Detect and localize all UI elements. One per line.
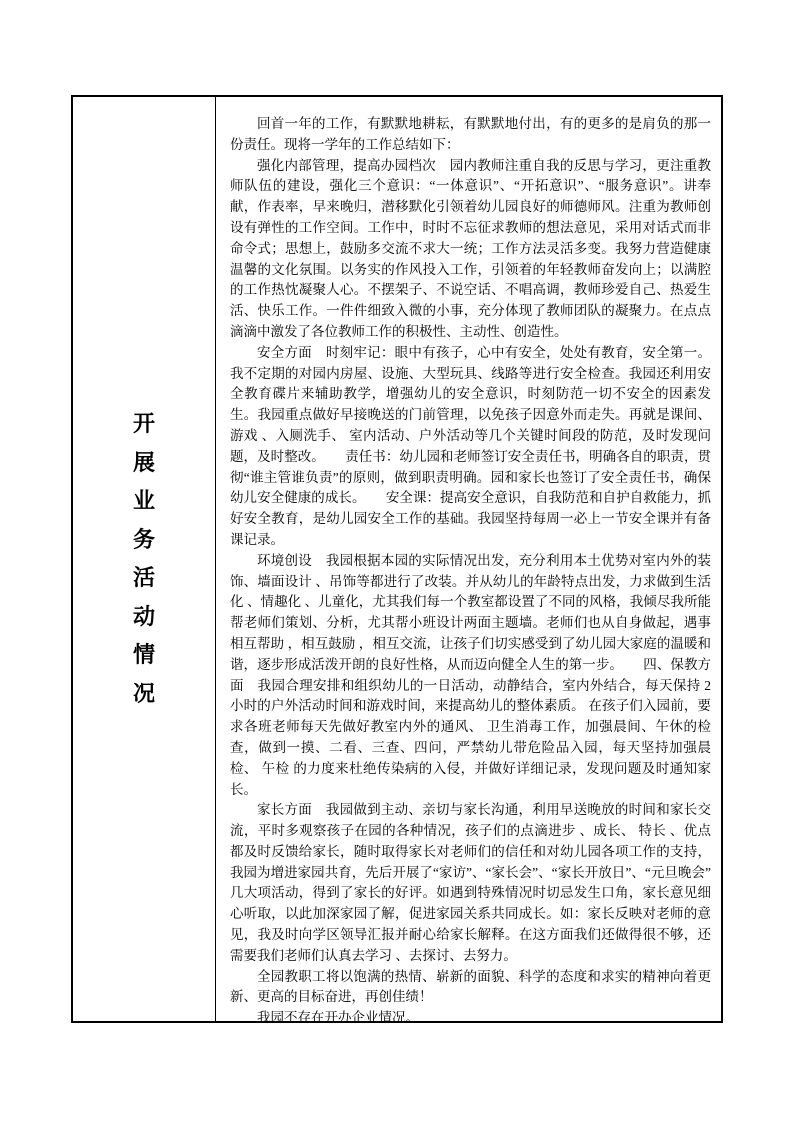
form-table: 开 展 业 务 活 动 情 况 回首一年的工作，有默默地耕耘，有默默地付出，有的… xyxy=(71,95,723,1023)
paragraph-parents: 家长方面 我园做到主动、亲切与家长沟通，利用早送晚放的时间和家长交流，平时多观察… xyxy=(230,800,711,966)
label-char: 动 xyxy=(133,598,155,637)
label-char: 情 xyxy=(133,636,155,675)
paragraph-outlook: 全园教职工将以饱满的热情、崭新的面貌、科学的态度和求实的精神向着更新、更高的目标… xyxy=(230,967,711,1009)
label-char: 活 xyxy=(133,559,155,598)
paragraph-intro: 回首一年的工作，有默默地耕耘，有默默地付出，有的更多的是肩负的那一份责任。现将一… xyxy=(230,114,711,156)
paragraph-safety: 安全方面 时刻牢记：眼中有孩子，心中有安全，处处有教育，安全第一。我不定期的对园… xyxy=(230,343,711,551)
report-content-cell: 回首一年的工作，有默默地耕耘，有默默地付出，有的更多的是肩负的那一份责任。现将一… xyxy=(216,97,721,1021)
section-label: 开 展 业 务 活 动 情 况 xyxy=(133,405,155,713)
label-char: 开 xyxy=(133,405,155,444)
document-page: 开 展 业 务 活 动 情 况 回首一年的工作，有默默地耕耘，有默默地付出，有的… xyxy=(0,0,793,1122)
paragraph-internal-management: 强化内部管理，提高办园档次 园内教师注重自我的反思与学习，更注重教师队伍的建设，… xyxy=(230,156,711,343)
paragraph-environment-and-care: 环境创设 我园根据本园的实际情况出发，充分利用本土优势对室内外的装饰、墙面设计 … xyxy=(230,551,711,801)
paragraph-no-enterprise: 我园不存在开办企业情况。 xyxy=(230,1008,711,1021)
label-char: 况 xyxy=(133,675,155,714)
label-char: 展 xyxy=(133,444,155,483)
section-label-cell: 开 展 业 务 活 动 情 况 xyxy=(73,97,216,1021)
label-char: 务 xyxy=(133,521,155,560)
label-char: 业 xyxy=(133,482,155,521)
